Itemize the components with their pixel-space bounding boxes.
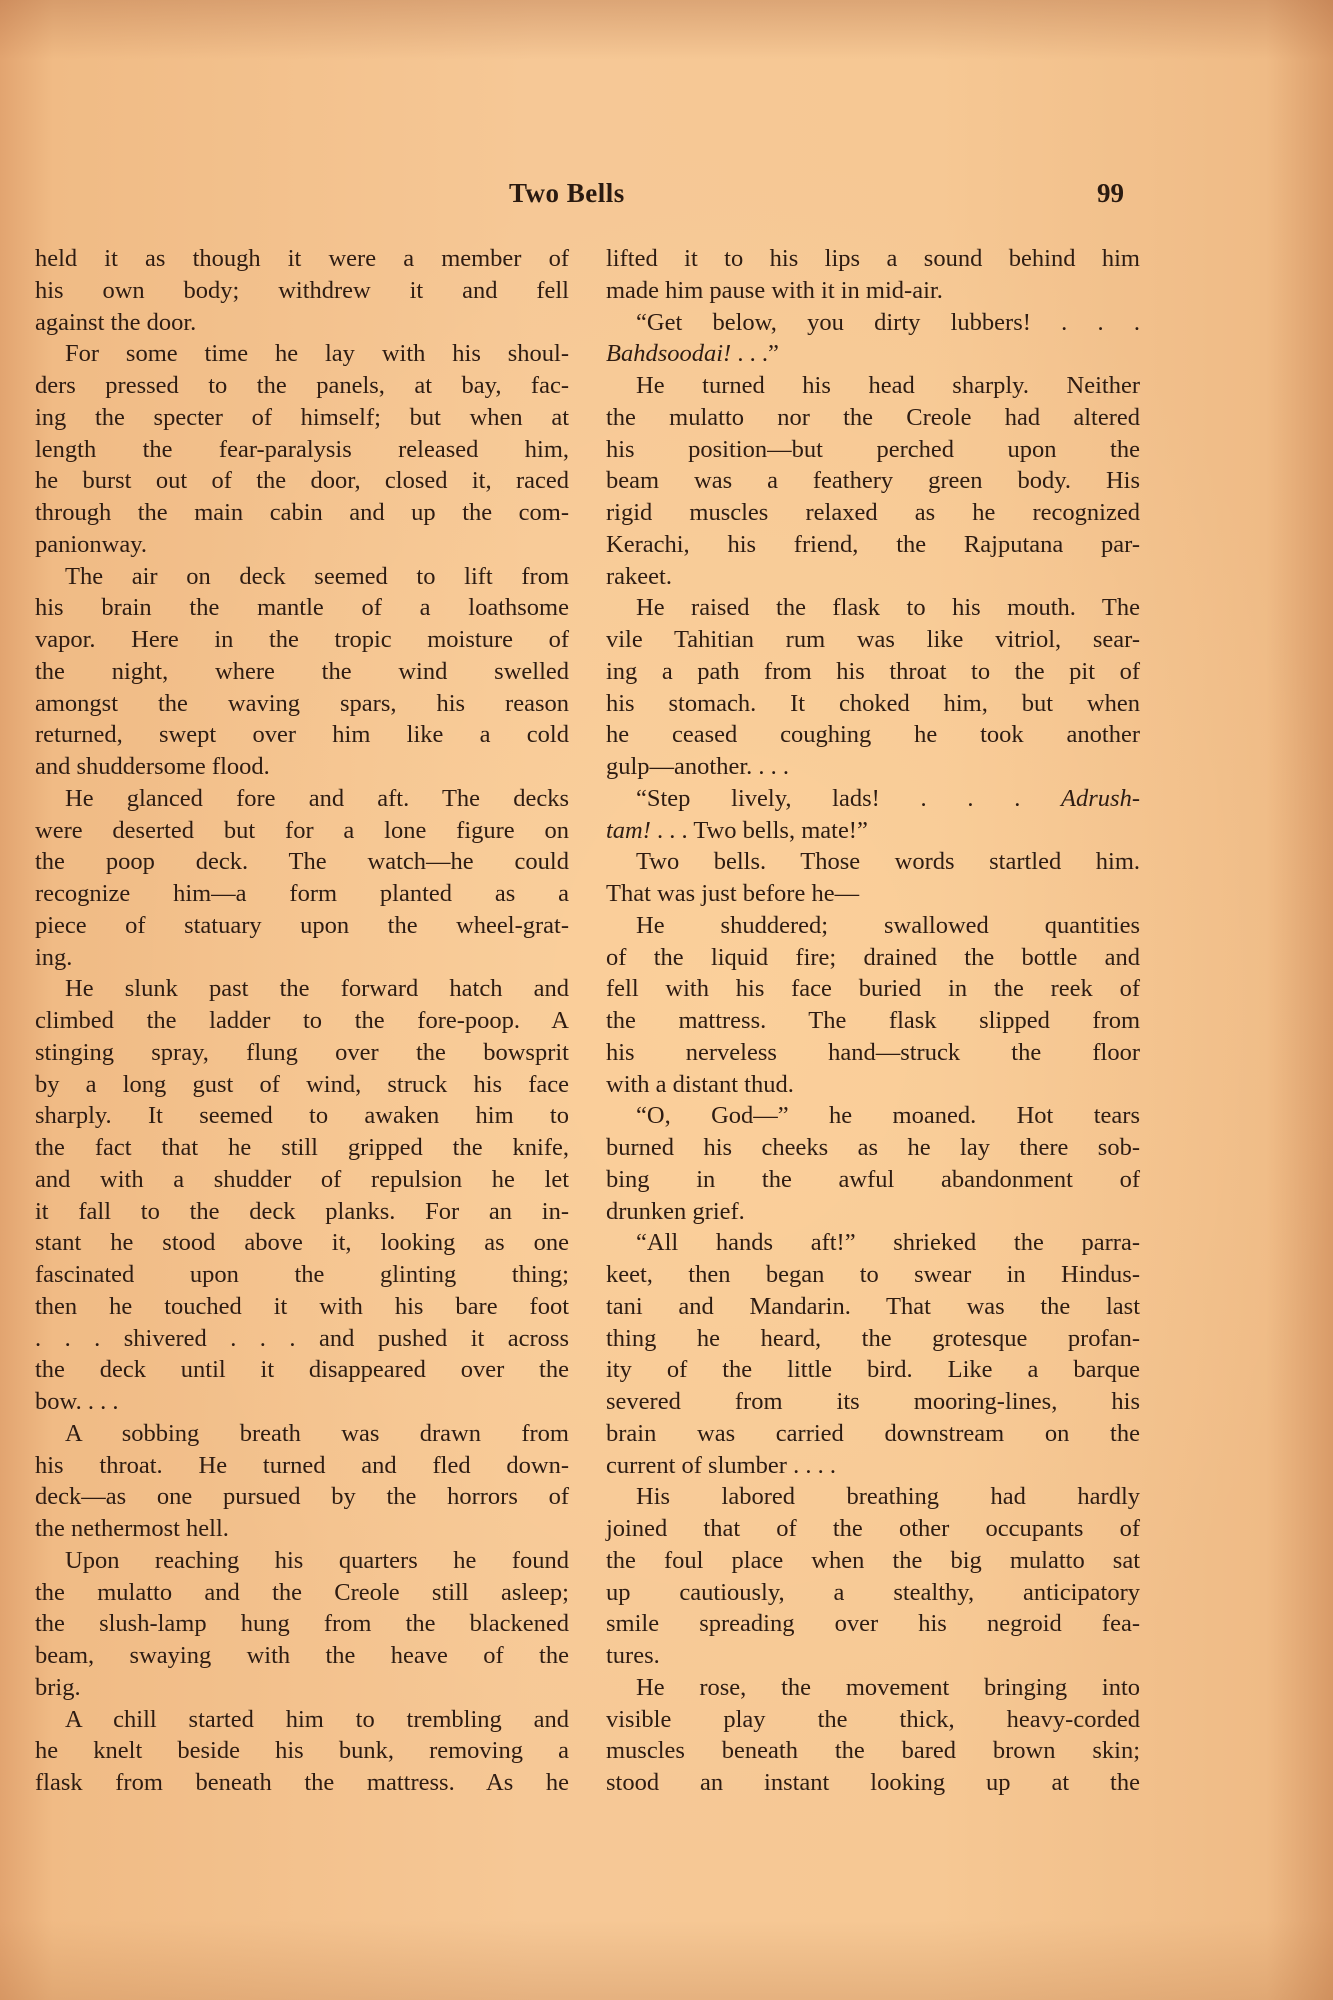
text-line: ity of the little bird. Like a barque bbox=[606, 1354, 1140, 1386]
text-line: beam, swaying with the heave of the bbox=[35, 1640, 569, 1672]
text-line: The air on deck seemed to lift from bbox=[35, 561, 569, 593]
text-line: through the main cabin and up the com- bbox=[35, 497, 569, 529]
text-line: . . . shivered . . . and pushed it acros… bbox=[35, 1323, 569, 1355]
left-text-column: held it as though it were a member ofhis… bbox=[35, 243, 569, 1799]
text-line: smile spreading over his negroid fea- bbox=[606, 1608, 1140, 1640]
text-line: returned, swept over him like a cold bbox=[35, 719, 569, 751]
page-number: 99 bbox=[1097, 178, 1124, 209]
text-line: rigid muscles relaxed as he recognized bbox=[606, 497, 1140, 529]
text-line: He shuddered; swallowed quantities bbox=[606, 910, 1140, 942]
text-line: his own body; withdrew it and fell bbox=[35, 275, 569, 307]
text-line: the mattress. The flask slipped from bbox=[606, 1005, 1140, 1037]
text-line: rakeet. bbox=[606, 561, 1140, 593]
text-line: the foul place when the big mulatto sat bbox=[606, 1545, 1140, 1577]
text-line: his throat. He turned and fled down- bbox=[35, 1450, 569, 1482]
text-line: joined that of the other occupants of bbox=[606, 1513, 1140, 1545]
text-line: the mulatto and the Creole still asleep; bbox=[35, 1577, 569, 1609]
text-line: flask from beneath the mattress. As he bbox=[35, 1767, 569, 1799]
text-line: ing. bbox=[35, 942, 569, 974]
text-line: fascinated upon the glinting thing; bbox=[35, 1259, 569, 1291]
running-title: Two Bells bbox=[509, 178, 625, 209]
text-line: bow. . . . bbox=[35, 1386, 569, 1418]
text-line: gulp—another. . . . bbox=[606, 751, 1140, 783]
text-line: and shuddersome flood. bbox=[35, 751, 569, 783]
text-line: beam was a feathery green body. His bbox=[606, 465, 1140, 497]
text-line: with a distant thud. bbox=[606, 1069, 1140, 1101]
text-line: bing in the awful abandonment of bbox=[606, 1164, 1140, 1196]
text-line: stinging spray, flung over the bowsprit bbox=[35, 1037, 569, 1069]
text-line: brain was carried downstream on the bbox=[606, 1418, 1140, 1450]
text-line: fell with his face buried in the reek of bbox=[606, 973, 1140, 1005]
text-line: Bahdsoodai! . . .” bbox=[606, 338, 1140, 370]
text-line: held it as though it were a member of bbox=[35, 243, 569, 275]
text-line: the deck until it disappeared over the bbox=[35, 1354, 569, 1386]
page-top-shading bbox=[0, 0, 1333, 60]
text-line: He raised the flask to his mouth. The bbox=[606, 592, 1140, 624]
page-bottom-shading bbox=[0, 1920, 1333, 2000]
text-line: A sobbing breath was drawn from bbox=[35, 1418, 569, 1450]
text-line: were deserted but for a lone figure on bbox=[35, 815, 569, 847]
text-line: muscles beneath the bared brown skin; bbox=[606, 1735, 1140, 1767]
text-line: A chill started him to trembling and bbox=[35, 1704, 569, 1736]
text-line: of the liquid fire; drained the bottle a… bbox=[606, 942, 1140, 974]
text-line: Kerachi, his friend, the Rajputana par- bbox=[606, 529, 1140, 561]
text-line: He turned his head sharply. Neither bbox=[606, 370, 1140, 402]
right-text-column: lifted it to his lips a sound behind him… bbox=[606, 243, 1140, 1799]
text-line: the poop deck. The watch—he could bbox=[35, 846, 569, 878]
text-line: “All hands aft!” shrieked the parra- bbox=[606, 1227, 1140, 1259]
text-line: thing he heard, the grotesque profan- bbox=[606, 1323, 1140, 1355]
text-line: ing a path from his throat to the pit of bbox=[606, 656, 1140, 688]
text-line: recognize him—a form planted as a bbox=[35, 878, 569, 910]
text-line: “Step lively, lads! . . . Adrush- bbox=[606, 783, 1140, 815]
text-line: climbed the ladder to the fore-poop. A bbox=[35, 1005, 569, 1037]
text-line: sharply. It seemed to awaken him to bbox=[35, 1100, 569, 1132]
text-line: lifted it to his lips a sound behind him bbox=[606, 243, 1140, 275]
text-line: stant he stood above it, looking as one bbox=[35, 1227, 569, 1259]
text-line: deck—as one pursued by the horrors of bbox=[35, 1481, 569, 1513]
text-line: severed from its mooring-lines, his bbox=[606, 1386, 1140, 1418]
text-line: the mulatto nor the Creole had altered bbox=[606, 402, 1140, 434]
text-line: Upon reaching his quarters he found bbox=[35, 1545, 569, 1577]
text-line: His labored breathing had hardly bbox=[606, 1481, 1140, 1513]
text-line: keet, then began to swear in Hindus- bbox=[606, 1259, 1140, 1291]
text-line: amongst the waving spars, his reason bbox=[35, 688, 569, 720]
text-line: panionway. bbox=[35, 529, 569, 561]
text-line: his stomach. It choked him, but when bbox=[606, 688, 1140, 720]
text-line: vapor. Here in the tropic moisture of bbox=[35, 624, 569, 656]
text-line: against the door. bbox=[35, 307, 569, 339]
text-line: the slush-lamp hung from the blackened bbox=[35, 1608, 569, 1640]
text-line: “O, God—” he moaned. Hot tears bbox=[606, 1100, 1140, 1132]
text-line: his nerveless hand—struck the floor bbox=[606, 1037, 1140, 1069]
text-line: tani and Mandarin. That was the last bbox=[606, 1291, 1140, 1323]
text-line: drunken grief. bbox=[606, 1196, 1140, 1228]
text-line: ders pressed to the panels, at bay, fac- bbox=[35, 370, 569, 402]
text-line: He glanced fore and aft. The decks bbox=[35, 783, 569, 815]
text-line: the night, where the wind swelled bbox=[35, 656, 569, 688]
book-page: Two Bells 99 held it as though it were a… bbox=[0, 0, 1333, 2000]
text-line: brig. bbox=[35, 1672, 569, 1704]
text-line: Two bells. Those words startled him. bbox=[606, 846, 1140, 878]
text-line: current of slumber . . . . bbox=[606, 1450, 1140, 1482]
text-line: by a long gust of wind, struck his face bbox=[35, 1069, 569, 1101]
text-line: visible play the thick, heavy-corded bbox=[606, 1704, 1140, 1736]
text-line: “Get below, you dirty lubbers! . . . bbox=[606, 307, 1140, 339]
text-line: tam! . . . Two bells, mate!” bbox=[606, 815, 1140, 847]
text-line: his position—but perched upon the bbox=[606, 434, 1140, 466]
text-line: piece of statuary upon the wheel-grat- bbox=[35, 910, 569, 942]
text-line: then he touched it with his bare foot bbox=[35, 1291, 569, 1323]
text-line: up cautiously, a stealthy, anticipatory bbox=[606, 1577, 1140, 1609]
text-line: ing the specter of himself; but when at bbox=[35, 402, 569, 434]
text-line: He slunk past the forward hatch and bbox=[35, 973, 569, 1005]
text-line: burned his cheeks as he lay there sob- bbox=[606, 1132, 1140, 1164]
text-line: He rose, the movement bringing into bbox=[606, 1672, 1140, 1704]
text-line: made him pause with it in mid-air. bbox=[606, 275, 1140, 307]
text-line: vile Tahitian rum was like vitriol, sear… bbox=[606, 624, 1140, 656]
running-header: Two Bells 99 bbox=[0, 178, 1333, 218]
text-line: his brain the mantle of a loathsome bbox=[35, 592, 569, 624]
text-line: he knelt beside his bunk, removing a bbox=[35, 1735, 569, 1767]
text-line: it fall to the deck planks. For an in- bbox=[35, 1196, 569, 1228]
text-line: length the fear-paralysis released him, bbox=[35, 434, 569, 466]
text-line: and with a shudder of repulsion he let bbox=[35, 1164, 569, 1196]
text-line: he ceased coughing he took another bbox=[606, 719, 1140, 751]
text-line: tures. bbox=[606, 1640, 1140, 1672]
text-line: he burst out of the door, closed it, rac… bbox=[35, 465, 569, 497]
text-line: the nethermost hell. bbox=[35, 1513, 569, 1545]
text-line: For some time he lay with his shoul- bbox=[35, 338, 569, 370]
text-line: That was just before he— bbox=[606, 878, 1140, 910]
text-line: the fact that he still gripped the knife… bbox=[35, 1132, 569, 1164]
text-line: stood an instant looking up at the bbox=[606, 1767, 1140, 1799]
